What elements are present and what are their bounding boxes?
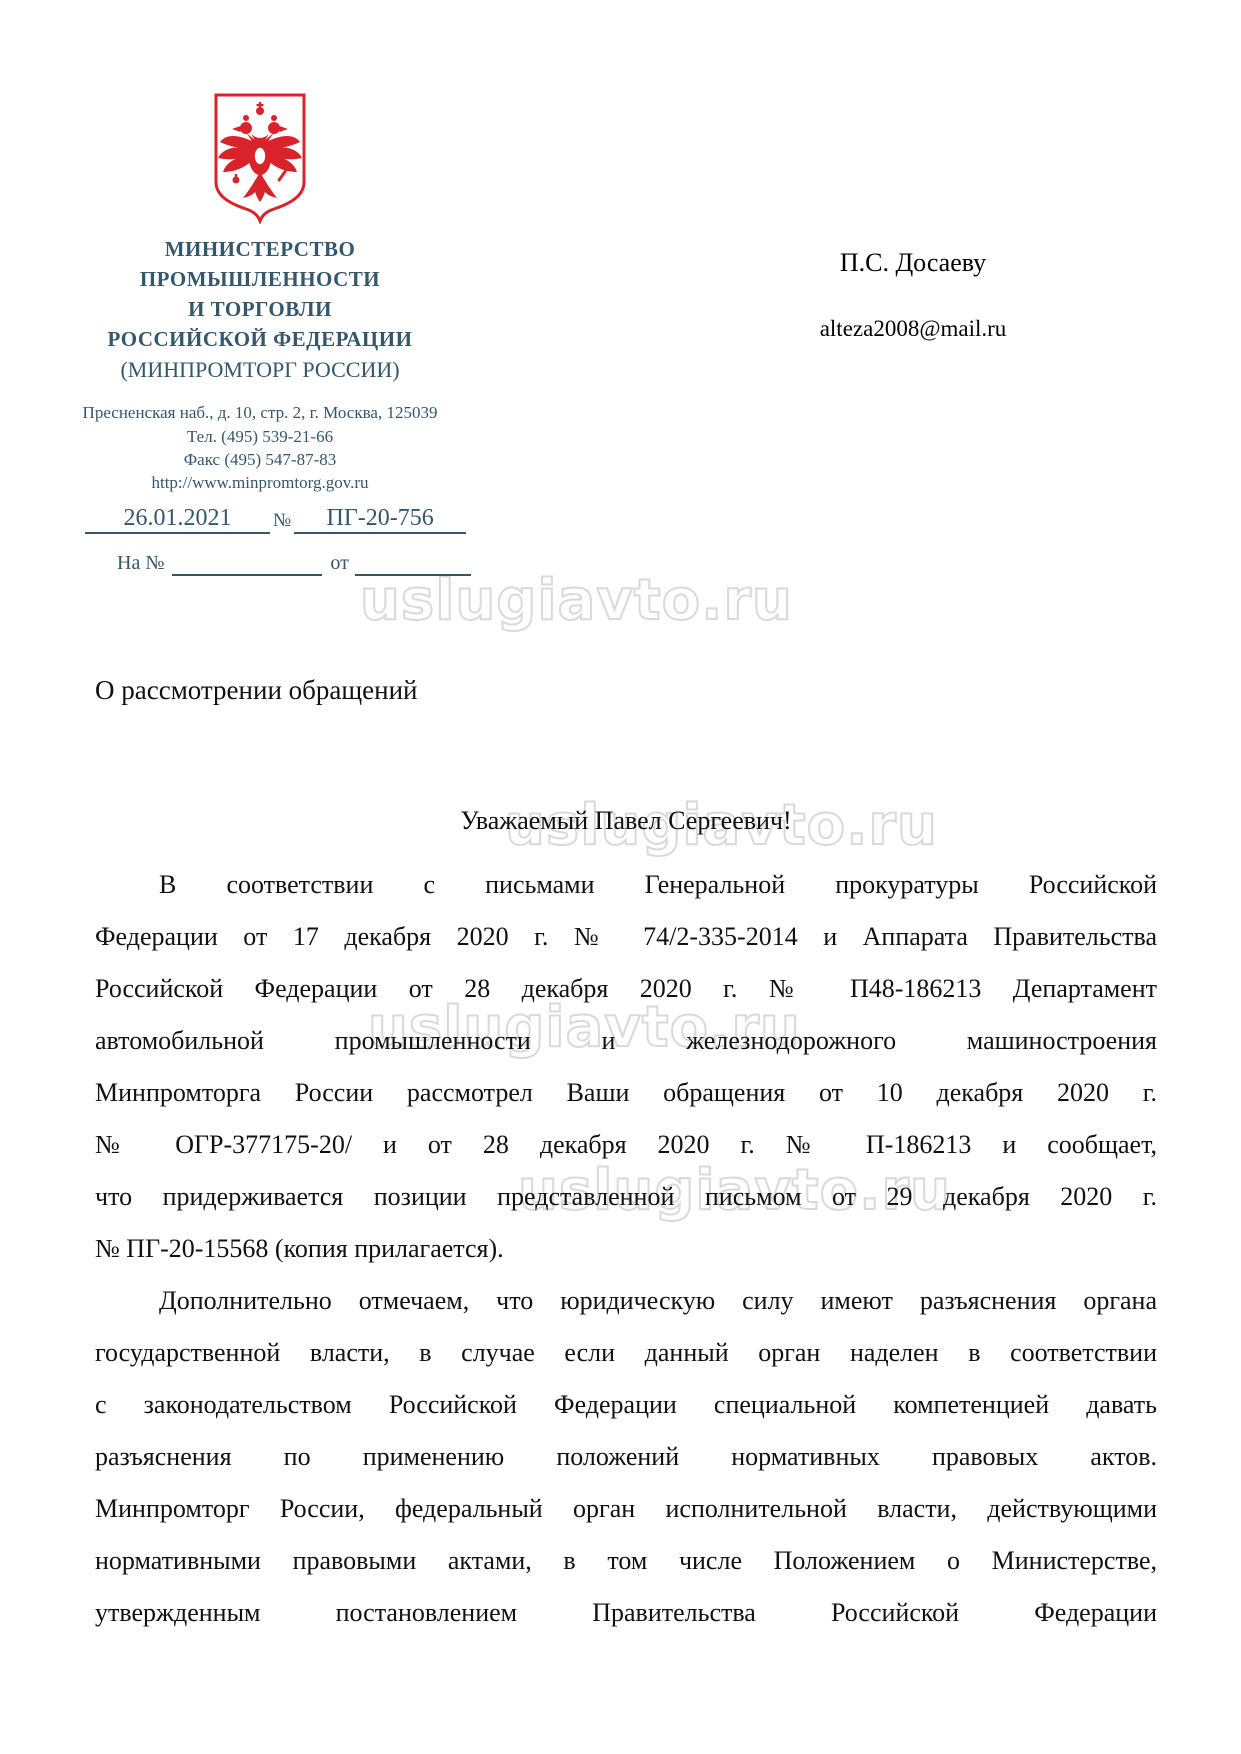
ministry-name-line: МИНИСТЕРСТВО <box>60 234 460 264</box>
ministry-name-line: ПРОМЫШЛЕННОСТИ <box>60 264 460 294</box>
incoming-number-label: На № <box>117 552 172 576</box>
body-line: нормативными правовыми актами, в том чис… <box>95 1535 1157 1587</box>
russia-coat-of-arms-icon <box>60 90 460 230</box>
body-line: Федерации от 17 декабря 2020 г. № 74/2-3… <box>95 911 1157 963</box>
body-line: что придерживается позиции представленно… <box>95 1171 1157 1223</box>
salutation: Уважаемый Павел Сергеевич! <box>95 795 1157 847</box>
body-line: утвержденным постановлением Правительств… <box>95 1587 1157 1639</box>
ministry-fax: Факс (495) 547-87-83 <box>60 448 460 471</box>
ministry-name-line: РОССИЙСКОЙ ФЕДЕРАЦИИ <box>60 324 460 354</box>
letter-body: Уважаемый Павел Сергеевич! В соответстви… <box>95 795 1157 1639</box>
body-line: государственной власти, в случае если да… <box>95 1327 1157 1379</box>
ministry-short-name: (МИНПРОМТОРГ РОССИИ) <box>60 355 460 385</box>
ministry-name-line: И ТОРГОВЛИ <box>60 294 460 324</box>
body-line: В соответствии с письмами Генеральной пр… <box>95 859 1157 911</box>
outgoing-reference-row: 26.01.2021№ПГ-20-756 <box>85 505 485 534</box>
ministry-address: Пресненская наб., д. 10, стр. 2, г. Моск… <box>60 401 460 425</box>
incoming-date-label: от <box>322 552 354 576</box>
number-sign: № <box>270 510 294 534</box>
body-line: № ОГР-377175-20/ и от 28 декабря 2020 г.… <box>95 1119 1157 1171</box>
letter-page: uslugiavto.ru uslugiavto.ru uslugiavto.r… <box>0 0 1241 1754</box>
body-line: с законодательством Российской Федерации… <box>95 1379 1157 1431</box>
outgoing-date: 26.01.2021 <box>85 505 270 534</box>
recipient-name: П.С. Досаеву <box>660 248 1166 278</box>
recipient-block: П.С. Досаеву alteza2008@mail.ru <box>660 248 1166 342</box>
ministry-phone: Тел. (495) 539-21-66 <box>60 425 460 448</box>
incoming-reference-row: На №от <box>117 550 637 576</box>
watermark: uslugiavto.ru <box>360 568 793 633</box>
incoming-number-blank <box>172 550 322 576</box>
body-line: № ПГ-20-15568 (копия прилагается). <box>95 1223 1157 1275</box>
letterhead: МИНИСТЕРСТВО ПРОМЫШЛЕННОСТИ И ТОРГОВЛИ Р… <box>60 90 460 494</box>
body-line: Дополнительно отмечаем, что юридическую … <box>95 1275 1157 1327</box>
subject-line: О рассмотрении обращений <box>95 675 417 706</box>
recipient-email: alteza2008@mail.ru <box>660 316 1166 342</box>
body-line: Минпромторга России рассмотрел Ваши обра… <box>95 1067 1157 1119</box>
body-line: разъяснения по применению положений норм… <box>95 1431 1157 1483</box>
body-line: автомобильной промышленности и железнодо… <box>95 1015 1157 1067</box>
outgoing-number: ПГ-20-756 <box>294 505 466 534</box>
incoming-date-blank <box>355 550 471 576</box>
ministry-website: http://www.minpromtorg.gov.ru <box>60 471 460 494</box>
body-line: Российской Федерации от 28 декабря 2020 … <box>95 963 1157 1015</box>
body-line: Минпромторг России, федеральный орган ис… <box>95 1483 1157 1535</box>
